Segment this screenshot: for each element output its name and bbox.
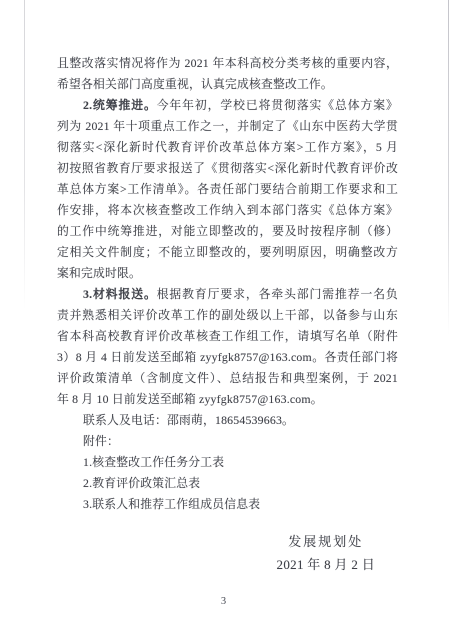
document-line: 案和完成时限。	[57, 263, 398, 284]
paragraph-lead: 3.材料报送。	[83, 287, 157, 301]
document-line: 年 8 月 10 日前发送至邮箱 zyyfgk8757@163.com。	[57, 389, 398, 410]
document-page: 且整改落实情况将作为 2021 年本科高校分类考核的重要内容，希望各相关部门高度…	[0, 0, 455, 644]
document-line: 1.核查整改工作任务分工表	[57, 452, 398, 473]
document-line: 希望各相关部门高度重视，认真完成核查整改工作。	[57, 74, 398, 95]
document-line: 省本科高校教育评价改革核查工作组工作，请填写名单（附件	[57, 326, 398, 347]
document-line: 3）8 月 4 日前发送至邮箱 zyyfgk8757@163.com。各责任部门…	[57, 347, 398, 368]
document-line: 的工作中统筹推进，对能立即整改的，要及时按程序制（修）	[57, 221, 398, 242]
document-line: 2.教育评价政策汇总表	[57, 473, 398, 494]
document-line: 列为 2021 年十项重点工作之一，并制定了《山东中医药大学贯	[57, 116, 398, 137]
document-line: 彻落实<深化新时代教育评价改革总体方案>工作方案》，5 月	[57, 137, 398, 158]
page-number: 3	[0, 596, 451, 607]
document-line: 评价政策清单（含制度文件）、总结报告和典型案例，于 2021	[57, 368, 398, 389]
signature-date: 2021 年 8 月 2 日	[277, 553, 375, 576]
paragraph-lead: 2.统筹推进。	[83, 98, 157, 112]
document-line: 联系人及电话：邵雨萌，18654539663。	[57, 410, 398, 431]
scan-edge-left	[24, 0, 25, 310]
document-line: 3.联系人和推荐工作组成员信息表	[57, 494, 398, 515]
scan-edge-right	[448, 0, 449, 335]
document-line: 革总体方案>工作清单》。各责任部门要结合前期工作要求和工	[57, 179, 398, 200]
signature-block: 发展规划处 2021 年 8 月 2 日	[277, 530, 375, 576]
document-body: 且整改落实情况将作为 2021 年本科高校分类考核的重要内容，希望各相关部门高度…	[57, 53, 398, 515]
document-line: 定相关文件制度；不能立即整改的，要列明原因，明确整改方	[57, 242, 398, 263]
document-line: 附件：	[57, 431, 398, 452]
document-line: 作安排，将本次核查整改工作纳入到本部门落实《总体方案》	[57, 200, 398, 221]
document-line: 初按照省教育厅要求报送了《贯彻落实<深化新时代教育评价改	[57, 158, 398, 179]
document-line: 2.统筹推进。今年年初，学校已将贯彻落实《总体方案》	[57, 95, 398, 116]
document-line: 3.材料报送。根据教育厅要求，各牵头部门需推荐一名负	[57, 284, 398, 305]
document-line: 且整改落实情况将作为 2021 年本科高校分类考核的重要内容，	[57, 53, 398, 74]
document-line: 责并熟悉相关评价改革工作的副处级以上干部，以备参与山东	[57, 305, 398, 326]
signature-department: 发展规划处	[277, 530, 375, 553]
